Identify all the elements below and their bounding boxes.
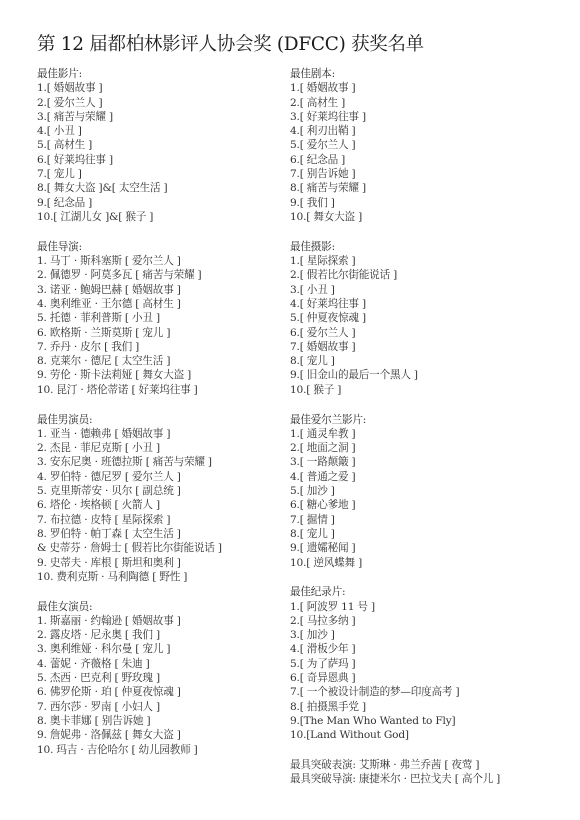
list-item: 8.[ 痛苦与荣耀 ] [290,181,550,195]
list-item: 10.[ 逆风蝶舞 ] [290,556,550,570]
list-item: 8. 奥卡菲娜 [ 别告诉她 ] [37,714,297,728]
list-item: 9.[The Man Who Wanted to Fly] [290,714,550,728]
section-heading: 最佳纪录片: [290,585,550,599]
list-item: 7.[ 别告诉她 ] [290,167,550,181]
section-best-screenplay: 最佳剧本: 1.[ 婚姻故事 ] 2.[ 高材生 ] 3.[ 好莱坞往事 ] 4… [290,67,550,224]
list-item: 2.[ 地面之洞 ] [290,441,550,455]
list-item: 10. 费利克斯 · 马利陶德 [ 野性 ] [37,570,297,584]
right-column: 最佳剧本: 1.[ 婚姻故事 ] 2.[ 高材生 ] 3.[ 好莱坞往事 ] 4… [290,67,550,802]
list-item: 9. 史蒂夫 · 库根 [ 斯坦和奥利 ] [37,556,297,570]
list-item: 7. 乔丹 · 皮尔 [ 我们 ] [37,340,297,354]
list-item: 2. 露皮塔 · 尼永奥 [ 我们 ] [37,628,297,642]
list-item: 4.[ 小丑 ] [37,124,297,138]
section-heading: 最佳爱尔兰影片: [290,413,550,427]
section-best-director: 最佳导演: 1. 马丁 · 斯科塞斯 [ 爱尔兰人 ] 2. 佩德罗 · 阿莫多… [37,240,297,397]
list-item: 8.[ 舞女大盗 ]&[ 太空生活 ] [37,181,297,195]
list-item: 2.[ 高材生 ] [290,96,550,110]
list-item: 3.[ 加沙 ] [290,628,550,642]
list-item: 4.[ 利刃出鞘 ] [290,124,550,138]
list-item: 10.[ 猴子 ] [290,383,550,397]
list-item: 8.[ 宠儿 ] [290,527,550,541]
breakthrough-director-award: 最具突破导演: 康捷米尔 · 巴拉戈夫 [ 高个儿 ] [290,772,550,786]
list-item: 1. 亚当 · 德赖弗 [ 婚姻故事 ] [37,427,297,441]
list-item: 9.[ 纪念品 ] [37,196,297,210]
list-item: 3. 奥利维娅 · 科尔曼 [ 宠儿 ] [37,642,297,656]
list-item: 3.[ 痛苦与荣耀 ] [37,110,297,124]
list-item: 6.[ 糖心爹地 ] [290,498,550,512]
list-item: 10.[ 舞女大盗 ] [290,210,550,224]
list-item: 4.[ 滑板少年 ] [290,642,550,656]
list-item: 3. 诺亚 · 鲍姆巴赫 [ 婚姻故事 ] [37,283,297,297]
list-item: 2.[ 马拉多纳 ] [290,614,550,628]
list-item: 3.[ 好莱坞往事 ] [290,110,550,124]
list-item: 4.[ 好莱坞往事 ] [290,297,550,311]
section-heading: 最佳摄影: [290,240,550,254]
list-item: 6. 塔伦 · 埃格顿 [ 火箭人 ] [37,498,297,512]
list-item: 5.[ 仲夏夜惊魂 ] [290,311,550,325]
list-item: 6.[ 爱尔兰人 ] [290,326,550,340]
list-item: 1.[ 通灵牟教 ] [290,427,550,441]
list-item: 7. 布拉德 · 皮特 [ 星际探索 ] [37,513,297,527]
list-item: 5.[ 为了萨玛 ] [290,657,550,671]
list-item: 8. 克莱尔 · 德尼 [ 太空生活 ] [37,354,297,368]
list-item: 5. 托德 · 菲利普斯 [ 小丑 ] [37,311,297,325]
list-item: 4.[ 普通之爱 ] [290,470,550,484]
list-item: 6.[ 好莱坞往事 ] [37,153,297,167]
section-heading: 最佳男演员: [37,413,297,427]
list-item: 1.[ 婚姻故事 ] [290,81,550,95]
list-item: 2.[ 假若比尔街能说话 ] [290,268,550,282]
section-heading: 最佳导演: [37,240,297,254]
list-item: 1.[ 星际探索 ] [290,254,550,268]
list-item: 9. 劳伦 · 斯卡法莉娅 [ 舞女大盗 ] [37,368,297,382]
list-item: 7.[ 婚姻故事 ] [290,340,550,354]
list-item: 1. 斯嘉丽 · 约翰逊 [ 婚姻故事 ] [37,614,297,628]
list-item: 10.[ 江湖儿女 ]&[ 猴子 ] [37,210,297,224]
list-item: 9. 詹妮弗 · 洛佩兹 [ 舞女大盗 ] [37,728,297,742]
list-item: 3.[ 一路颠簸 ] [290,455,550,469]
list-item: 9.[ 遗孀秘闻 ] [290,541,550,555]
list-item: 9.[ 我们 ] [290,196,550,210]
section-best-documentary: 最佳纪录片: 1.[ 阿波罗 11 号 ] 2.[ 马拉多纳 ] 3.[ 加沙 … [290,585,550,742]
list-item: 3. 安东尼奥 · 班德拉斯 [ 痛苦与荣耀 ] [37,455,297,469]
section-best-actress: 最佳女演员: 1. 斯嘉丽 · 约翰逊 [ 婚姻故事 ] 2. 露皮塔 · 尼永… [37,600,297,757]
list-item: 5.[ 爱尔兰人 ] [290,138,550,152]
list-item: 1. 马丁 · 斯科塞斯 [ 爱尔兰人 ] [37,254,297,268]
section-best-film: 最佳影片: 1.[ 婚姻故事 ] 2.[ 爱尔兰人 ] 3.[ 痛苦与荣耀 ] … [37,67,297,224]
list-item: 1.[ 阿波罗 11 号 ] [290,600,550,614]
section-heading: 最佳影片: [37,67,297,81]
list-item: 6.[ 纪念品 ] [290,153,550,167]
list-item: 10.[Land Without God] [290,728,550,742]
list-item: 2. 杰昆 · 菲尼克斯 [ 小丑 ] [37,441,297,455]
list-item: 7.[ 一个被设计制造的梦—印度高考 ] [290,685,550,699]
list-item: & 史蒂芬 · 詹姆士 [ 假若比尔街能说话 ] [37,541,297,555]
list-item: 6. 欧格斯 · 兰斯莫斯 [ 宠儿 ] [37,326,297,340]
section-heading: 最佳女演员: [37,600,297,614]
breakthrough-performance-award: 最具突破表演: 艾斯琳 · 弗兰乔茜 [ 夜莺 ] [290,758,550,772]
list-item: 8.[ 拍摄黑手党 ] [290,700,550,714]
list-item: 5. 克里斯蒂安 · 贝尔 [ 副总统 ] [37,484,297,498]
list-item: 6. 佛罗伦斯 · 珀 [ 仲夏夜惊魂 ] [37,685,297,699]
list-item: 4. 奥利维亚 · 王尔德 [ 高材生 ] [37,297,297,311]
section-best-irish-film: 最佳爱尔兰影片: 1.[ 通灵牟教 ] 2.[ 地面之洞 ] 3.[ 一路颠簸 … [290,413,550,570]
list-item: 1.[ 婚姻故事 ] [37,81,297,95]
section-best-actor: 最佳男演员: 1. 亚当 · 德赖弗 [ 婚姻故事 ] 2. 杰昆 · 菲尼克斯… [37,413,297,585]
list-item: 8.[ 宠儿 ] [290,354,550,368]
section-best-cinematography: 最佳摄影: 1.[ 星际探索 ] 2.[ 假若比尔街能说话 ] 3.[ 小丑 ]… [290,240,550,397]
list-item: 10. 昆汀 · 塔伦蒂诺 [ 好莱坞往事 ] [37,383,297,397]
list-item: 8. 罗伯特 · 帕丁森 [ 太空生活 ] [37,527,297,541]
list-item: 5.[ 加沙 ] [290,484,550,498]
list-item: 5. 杰西 · 巴克利 [ 野玫瑰 ] [37,671,297,685]
list-item: 2.[ 爱尔兰人 ] [37,96,297,110]
list-item: 10. 玛吉 · 吉伦哈尔 [ 幼儿园教师 ] [37,743,297,757]
list-item: 6.[ 奇异恩典 ] [290,671,550,685]
list-item: 5.[ 高材生 ] [37,138,297,152]
list-item: 2. 佩德罗 · 阿莫多瓦 [ 痛苦与荣耀 ] [37,268,297,282]
list-item: 4. 蕾妮 · 齐薇格 [ 朱迪 ] [37,657,297,671]
list-item: 7.[ 宠儿 ] [37,167,297,181]
list-item: 3.[ 小丑 ] [290,283,550,297]
list-item: 7. 西尔莎 · 罗南 [ 小妇人 ] [37,700,297,714]
list-item: 7.[ 掘情 ] [290,513,550,527]
section-heading: 最佳剧本: [290,67,550,81]
page-title: 第 12 届都柏林影评人协会奖 (DFCC) 获奖名单 [37,33,424,57]
list-item: 9.[ 旧金山的最后一个黑人 ] [290,368,550,382]
section-breakthrough-awards: 最具突破表演: 艾斯琳 · 弗兰乔茜 [ 夜莺 ] 最具突破导演: 康捷米尔 ·… [290,758,550,787]
list-item: 4. 罗伯特 · 德尼罗 [ 爱尔兰人 ] [37,470,297,484]
left-column: 最佳影片: 1.[ 婚姻故事 ] 2.[ 爱尔兰人 ] 3.[ 痛苦与荣耀 ] … [37,67,297,772]
